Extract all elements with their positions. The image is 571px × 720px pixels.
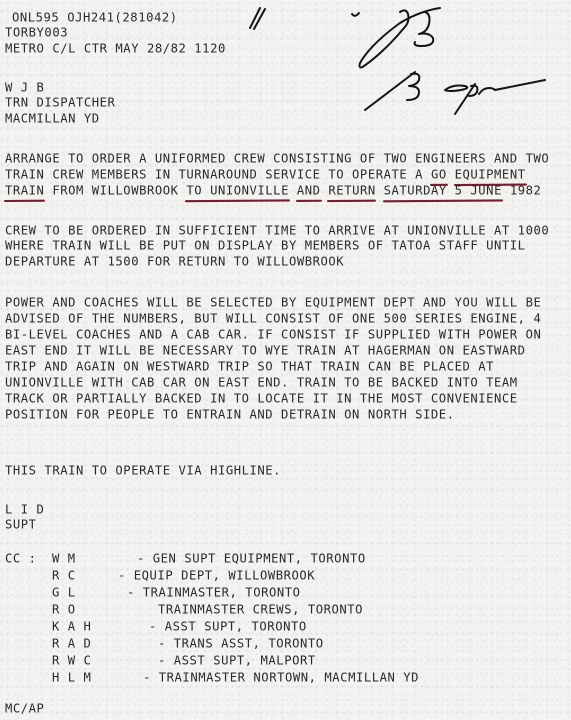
cc-role-2: - EQUIP DEPT, WILLOWBROOK xyxy=(118,568,315,584)
cc-initials-1: W M xyxy=(52,551,76,567)
para3-line7: TRACK OR PARTIALLY BACKED IN TO LOCATE I… xyxy=(5,391,518,407)
para3-line4: EAST END IT WILL BE NECESSARY TO WYE TRA… xyxy=(5,343,526,359)
cc-initials-8: H L M xyxy=(52,670,91,686)
text-segment: FROM WILLOWBROOK xyxy=(44,183,186,198)
signature-title: SUPT xyxy=(5,517,37,533)
para3-line5: TRIP AND AGAIN ON WESTWARD TRIP SO THAT … xyxy=(5,359,494,375)
para3-line1: POWER AND COACHES WILL BE SELECTED BY EQ… xyxy=(5,295,541,311)
para2-line2: WHERE TRAIN WILL BE PUT ON DISPLAY BY ME… xyxy=(5,238,526,254)
cc-role-3: - TRAINMASTER, TORONTO xyxy=(127,585,301,601)
underlined-to-unionville: TO UNIONVILLE xyxy=(186,183,289,198)
handwritten-annotations xyxy=(225,2,565,117)
cc-initials-4: R O xyxy=(52,602,76,618)
underlined-train: TRAIN xyxy=(5,183,44,198)
cc-initials-3: G L xyxy=(52,585,76,601)
cc-role-8: - TRAINMASTER NORTOWN, MACMILLAN YD xyxy=(143,670,419,686)
para2-line3: DEPARTURE AT 1500 FOR RETURN TO WILLOWBR… xyxy=(5,254,344,270)
message-id: ONL595 OJH241(281042) xyxy=(12,10,178,26)
underlined-return: RETURN xyxy=(328,183,375,198)
cc-initials-2: R C xyxy=(52,568,76,584)
addressee-title: TRN DISPATCHER xyxy=(5,95,115,111)
text-segment: 1982 xyxy=(502,183,541,198)
text-segment xyxy=(447,167,455,182)
para1-line1: ARRANGE TO ORDER A UNIFORMED CREW CONSIS… xyxy=(5,151,549,167)
underlined-equipment: EQUIPMENT xyxy=(455,167,526,182)
underlined-and: AND xyxy=(297,183,321,198)
para3-line6: UNIONVILLE WITH CAB CAR ON EAST END. TRA… xyxy=(5,375,518,391)
cc-label: CC : xyxy=(5,551,37,567)
text-segment xyxy=(376,183,384,198)
para1-line2: TRAIN CREW MEMBERS IN TURNAROUND SERVICE… xyxy=(5,167,526,183)
para3-line2: ADVISED OF THE NUMBERS, BUT WILL CONSIST… xyxy=(5,311,541,327)
para3-line3: BI-LEVEL COACHES AND A CAB CAR. IF CONSI… xyxy=(5,327,541,343)
signature-initials: L I D xyxy=(5,502,44,518)
cc-role-4: TRAINMASTER CREWS, TORONTO xyxy=(158,602,363,618)
para3-line8: POSITION FOR PEOPLE TO ENTRAIN AND DETRA… xyxy=(5,407,455,423)
para2-line1: CREW TO BE ORDERED IN SUFFICIENT TIME TO… xyxy=(5,223,549,239)
underlined-go: GO xyxy=(431,167,447,182)
para4-line: THIS TRAIN TO OPERATE VIA HIGHLINE. xyxy=(5,463,281,479)
reference-code: MC/AP xyxy=(5,701,44,717)
cc-initials-6: R A D xyxy=(52,636,91,652)
station-code: TORBY003 xyxy=(5,25,68,41)
addressee-location: MACMILLAN YD xyxy=(5,111,100,127)
cc-role-7: - ASST SUPT, MALPORT xyxy=(158,653,316,669)
cc-role-1: - GEN SUPT EQUIPMENT, TORONTO xyxy=(137,551,366,567)
cc-role-6: - TRANS ASST, TORONTO xyxy=(158,636,324,652)
cc-initials-5: K A H xyxy=(52,619,91,635)
text-segment xyxy=(289,183,297,198)
origin-datetime: METRO C/L CTR MAY 28/82 1120 xyxy=(5,41,226,57)
teletype-message: ONL595 OJH241(281042) TORBY003 METRO C/L… xyxy=(0,0,571,720)
cc-role-5: - ASST SUPT, TORONTO xyxy=(149,619,307,635)
para1-line3: TRAIN FROM WILLOWBROOK TO UNIONVILLE AND… xyxy=(5,183,541,199)
addressee-initials: W J B xyxy=(5,80,44,96)
cc-initials-7: R W C xyxy=(52,653,91,669)
underlined-date: SATURDAY 5 JUNE xyxy=(384,183,502,198)
text-segment: TRAIN CREW MEMBERS IN TURNAROUND SERVICE… xyxy=(5,167,431,182)
